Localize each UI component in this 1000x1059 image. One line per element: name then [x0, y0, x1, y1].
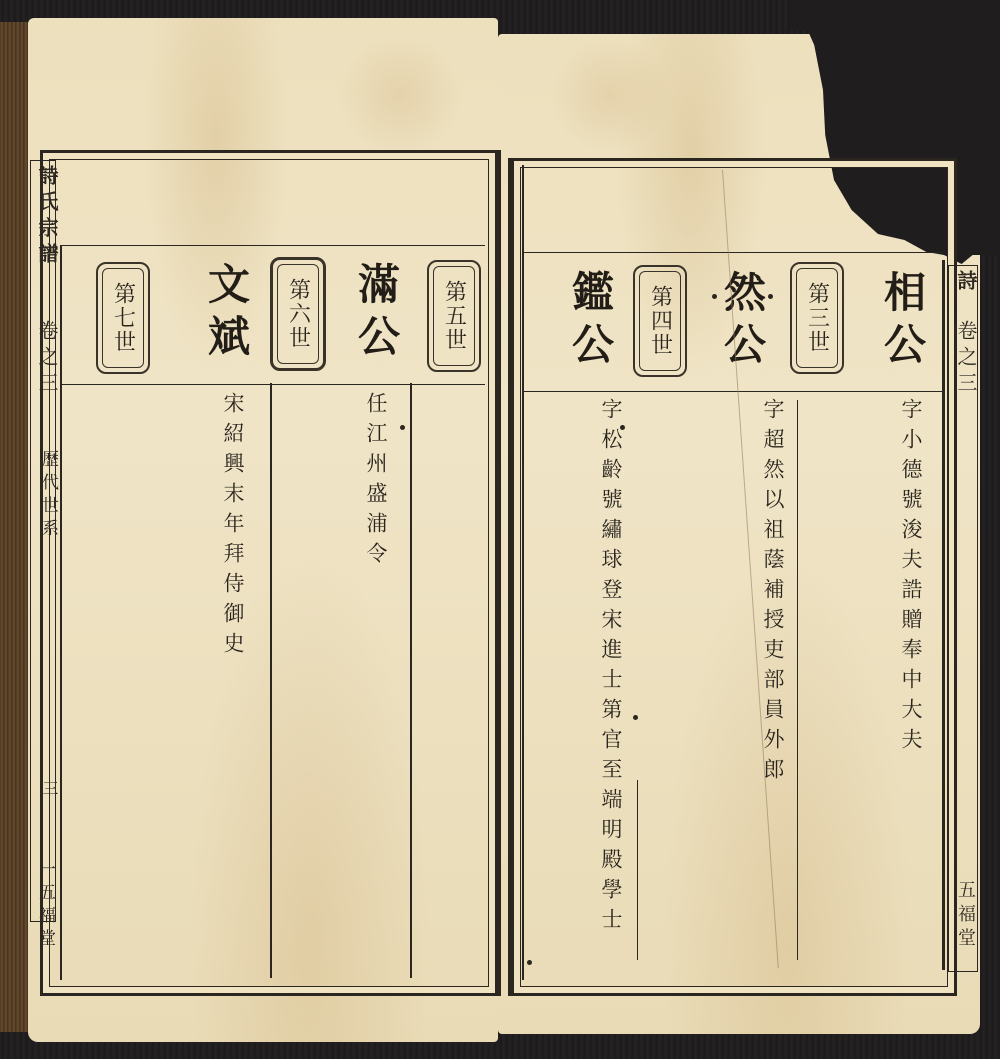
book-title: 詩氏宗譜 — [33, 165, 62, 269]
volume-label: 卷之三 — [33, 320, 62, 398]
column-divider — [637, 780, 638, 960]
column-divider — [797, 400, 798, 960]
column-divider — [270, 383, 272, 978]
section-label: 歷代世系 — [36, 450, 61, 542]
punctuation-dot — [768, 294, 773, 299]
punctuation-dot — [712, 294, 717, 299]
generation-badge: 第七世 — [96, 262, 150, 374]
ancestor-name: 文斌 — [196, 262, 256, 366]
ancestor-description: 字超然以祖蔭補授吏部員外郎 — [762, 398, 783, 788]
hall-name: 五福堂 — [952, 880, 978, 952]
book-spine — [0, 22, 30, 1032]
punctuation-dot — [620, 425, 625, 430]
ancestor-description: 字松齡號繡球登宋進士第官至端明殿學士 — [600, 398, 621, 938]
ancestor-description: 字小德號浚夫誥贈奉中大夫 — [900, 398, 921, 758]
ancestor-description: 宋紹興末年拜侍御史 — [222, 392, 243, 662]
inner-border — [942, 260, 945, 970]
generation-badge: 第六世 — [270, 257, 326, 371]
inner-border — [522, 165, 524, 980]
hall-name: 一五福堂 — [33, 860, 58, 952]
volume-label: 卷之三 — [952, 320, 981, 398]
generation-badge: 第三世 — [790, 262, 844, 374]
punctuation-dot — [400, 425, 405, 430]
page-number: 三 — [38, 780, 61, 802]
ancestor-description: 任江州盛浦令 — [365, 392, 386, 572]
generation-badge: 第五世 — [427, 260, 481, 372]
ancestor-name: 相公 — [872, 270, 932, 374]
ancestor-name: 然公 — [712, 270, 772, 374]
water-stain — [545, 40, 675, 150]
ancestor-name: 滿公 — [346, 262, 406, 366]
generation-badge: 第四世 — [633, 265, 687, 377]
punctuation-dot — [633, 715, 638, 720]
book-title: 詩 — [952, 270, 981, 296]
ancestor-name: 鑑公 — [560, 270, 620, 374]
water-stain — [330, 40, 470, 150]
punctuation-dot — [527, 960, 532, 965]
column-divider — [410, 383, 412, 978]
